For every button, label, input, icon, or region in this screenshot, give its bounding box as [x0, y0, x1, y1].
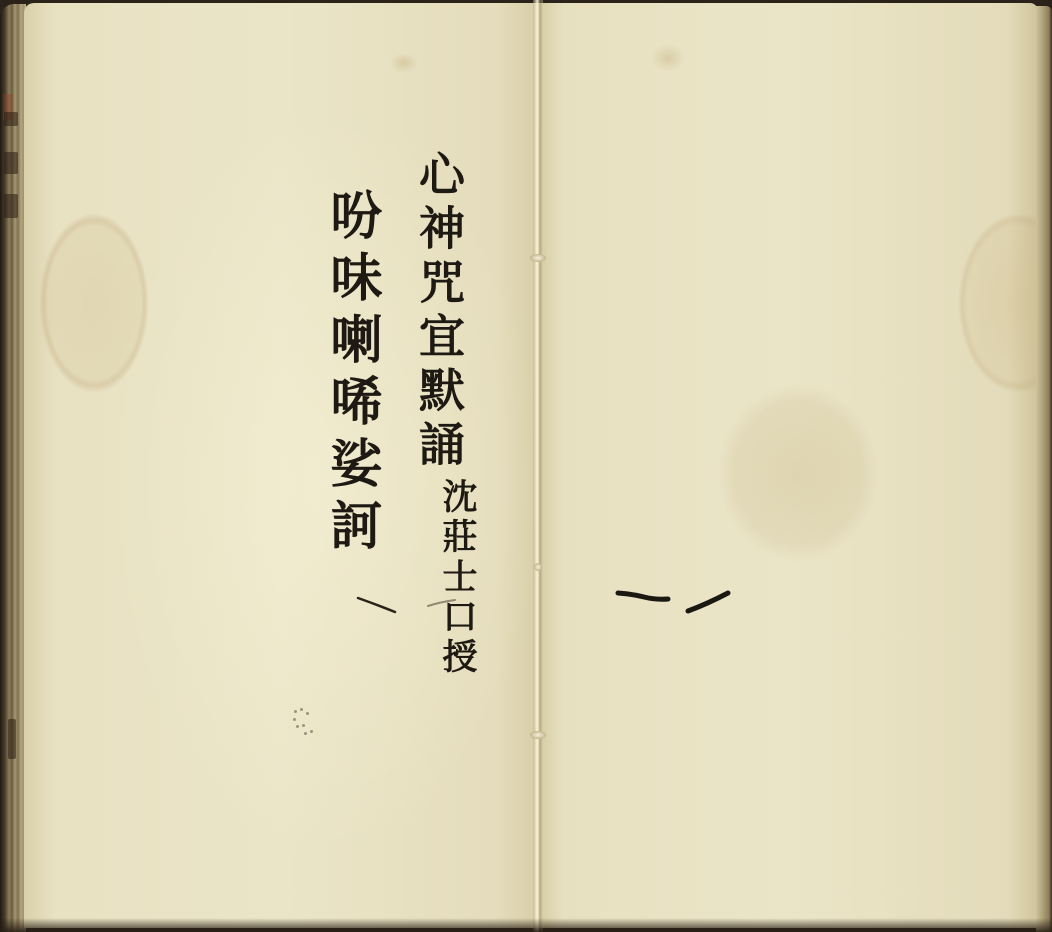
book-photo: 心神咒宜默誦 吩味喇唏娑訶 沈莊士口授 一 [0, 0, 1052, 932]
bottom-shadow [0, 918, 1052, 932]
edge-ink-mark [4, 152, 18, 174]
edge-ink-mark [4, 194, 18, 218]
attribution-column: 沈莊士口授 [440, 478, 475, 678]
binding-stitch [534, 563, 542, 571]
binding-stitch [530, 254, 546, 262]
right-page [538, 3, 1038, 928]
binding-gutter [533, 0, 543, 932]
edge-ink-mark [4, 112, 18, 126]
page-number-mark [612, 582, 737, 618]
mantra-column: 吩味喇唏娑訶 [325, 188, 377, 560]
right-page-block-edge [1036, 6, 1052, 932]
binding-stitch [530, 731, 546, 739]
end-mark-strokes [350, 590, 460, 620]
foxing-speckles [292, 708, 322, 738]
left-page-block-edge [0, 4, 26, 932]
edge-ink-mark [8, 719, 16, 759]
title-column: 心神咒宜默誦 [416, 150, 462, 474]
